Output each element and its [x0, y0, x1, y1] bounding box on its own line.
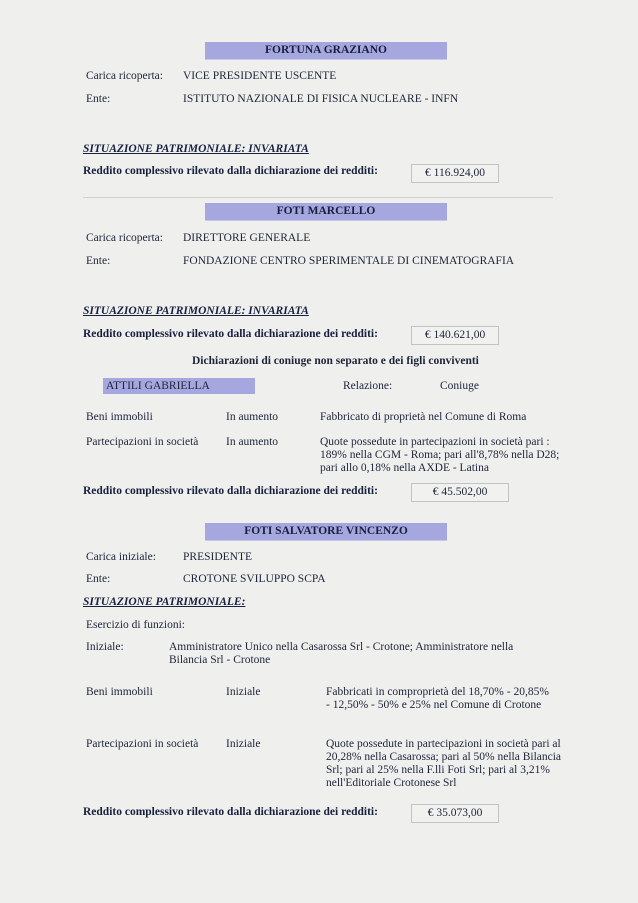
asset-change: In aumento	[226, 411, 278, 423]
role-label: Carica ricoperta:	[86, 232, 163, 244]
family-heading: Dichiarazioni di coniuge non separato e …	[192, 355, 479, 367]
asset-description: Fabbricati in comproprietà del 18,70% - …	[326, 686, 551, 712]
role-label: Carica iniziale:	[86, 551, 156, 563]
divider	[83, 197, 553, 198]
asset-type: Beni immobili	[86, 686, 153, 698]
entity-label: Ente:	[86, 93, 110, 105]
role-label: Carica ricoperta:	[86, 70, 163, 82]
asset-description: Fabbricato di proprietà nel Comune di Ro…	[320, 411, 560, 424]
spouse-name: ATTILI GABRIELLA	[103, 378, 255, 394]
asset-type: Beni immobili	[86, 411, 153, 423]
asset-type: Partecipazioni in società	[86, 738, 198, 750]
situation-title: SITUAZIONE PATRIMONIALE:	[83, 596, 245, 608]
person-name-banner: FOTI MARCELLO	[205, 203, 447, 221]
initial-value: Amministratore Unico nella Casarossa Srl…	[169, 641, 539, 667]
initial-label: Iniziale:	[86, 641, 124, 653]
asset-description: Quote possedute in partecipazioni in soc…	[320, 436, 560, 476]
asset-change: Iniziale	[226, 738, 260, 750]
income-amount: € 45.502,00	[411, 483, 509, 502]
entity-value: CROTONE SVILUPPO SCPA	[183, 573, 326, 585]
entity-value: FONDAZIONE CENTRO SPERIMENTALE DI CINEMA…	[183, 255, 514, 267]
entity-value: ISTITUTO NAZIONALE DI FISICA NUCLEARE - …	[183, 93, 458, 105]
relation-value: Coniuge	[440, 380, 479, 392]
role-value: PRESIDENTE	[183, 551, 252, 563]
situation-title: SITUAZIONE PATRIMONIALE: INVARIATA	[83, 305, 309, 317]
income-label: Reddito complessivo rilevato dalla dichi…	[83, 806, 378, 818]
income-label: Reddito complessivo rilevato dalla dichi…	[83, 328, 378, 340]
person-name-banner: FOTI SALVATORE VINCENZO	[205, 523, 447, 541]
income-amount: € 140.621,00	[411, 326, 499, 345]
relation-label: Relazione:	[343, 380, 392, 392]
asset-description: Quote possedute in partecipazioni in soc…	[326, 738, 562, 790]
role-value: DIRETTORE GENERALE	[183, 232, 310, 244]
asset-change: In aumento	[226, 436, 278, 448]
income-amount: € 116.924,00	[411, 164, 499, 183]
person-name-banner: FORTUNA GRAZIANO	[205, 42, 447, 60]
entity-label: Ente:	[86, 573, 110, 585]
functions-label: Esercizio di funzioni:	[86, 619, 185, 631]
role-value: VICE PRESIDENTE USCENTE	[183, 70, 336, 82]
asset-type: Partecipazioni in società	[86, 436, 198, 448]
income-label: Reddito complessivo rilevato dalla dichi…	[83, 165, 378, 177]
income-label: Reddito complessivo rilevato dalla dichi…	[83, 485, 378, 497]
asset-change: Iniziale	[226, 686, 260, 698]
income-amount: € 35.073,00	[411, 804, 499, 823]
situation-title: SITUAZIONE PATRIMONIALE: INVARIATA	[83, 143, 309, 155]
entity-label: Ente:	[86, 255, 110, 267]
